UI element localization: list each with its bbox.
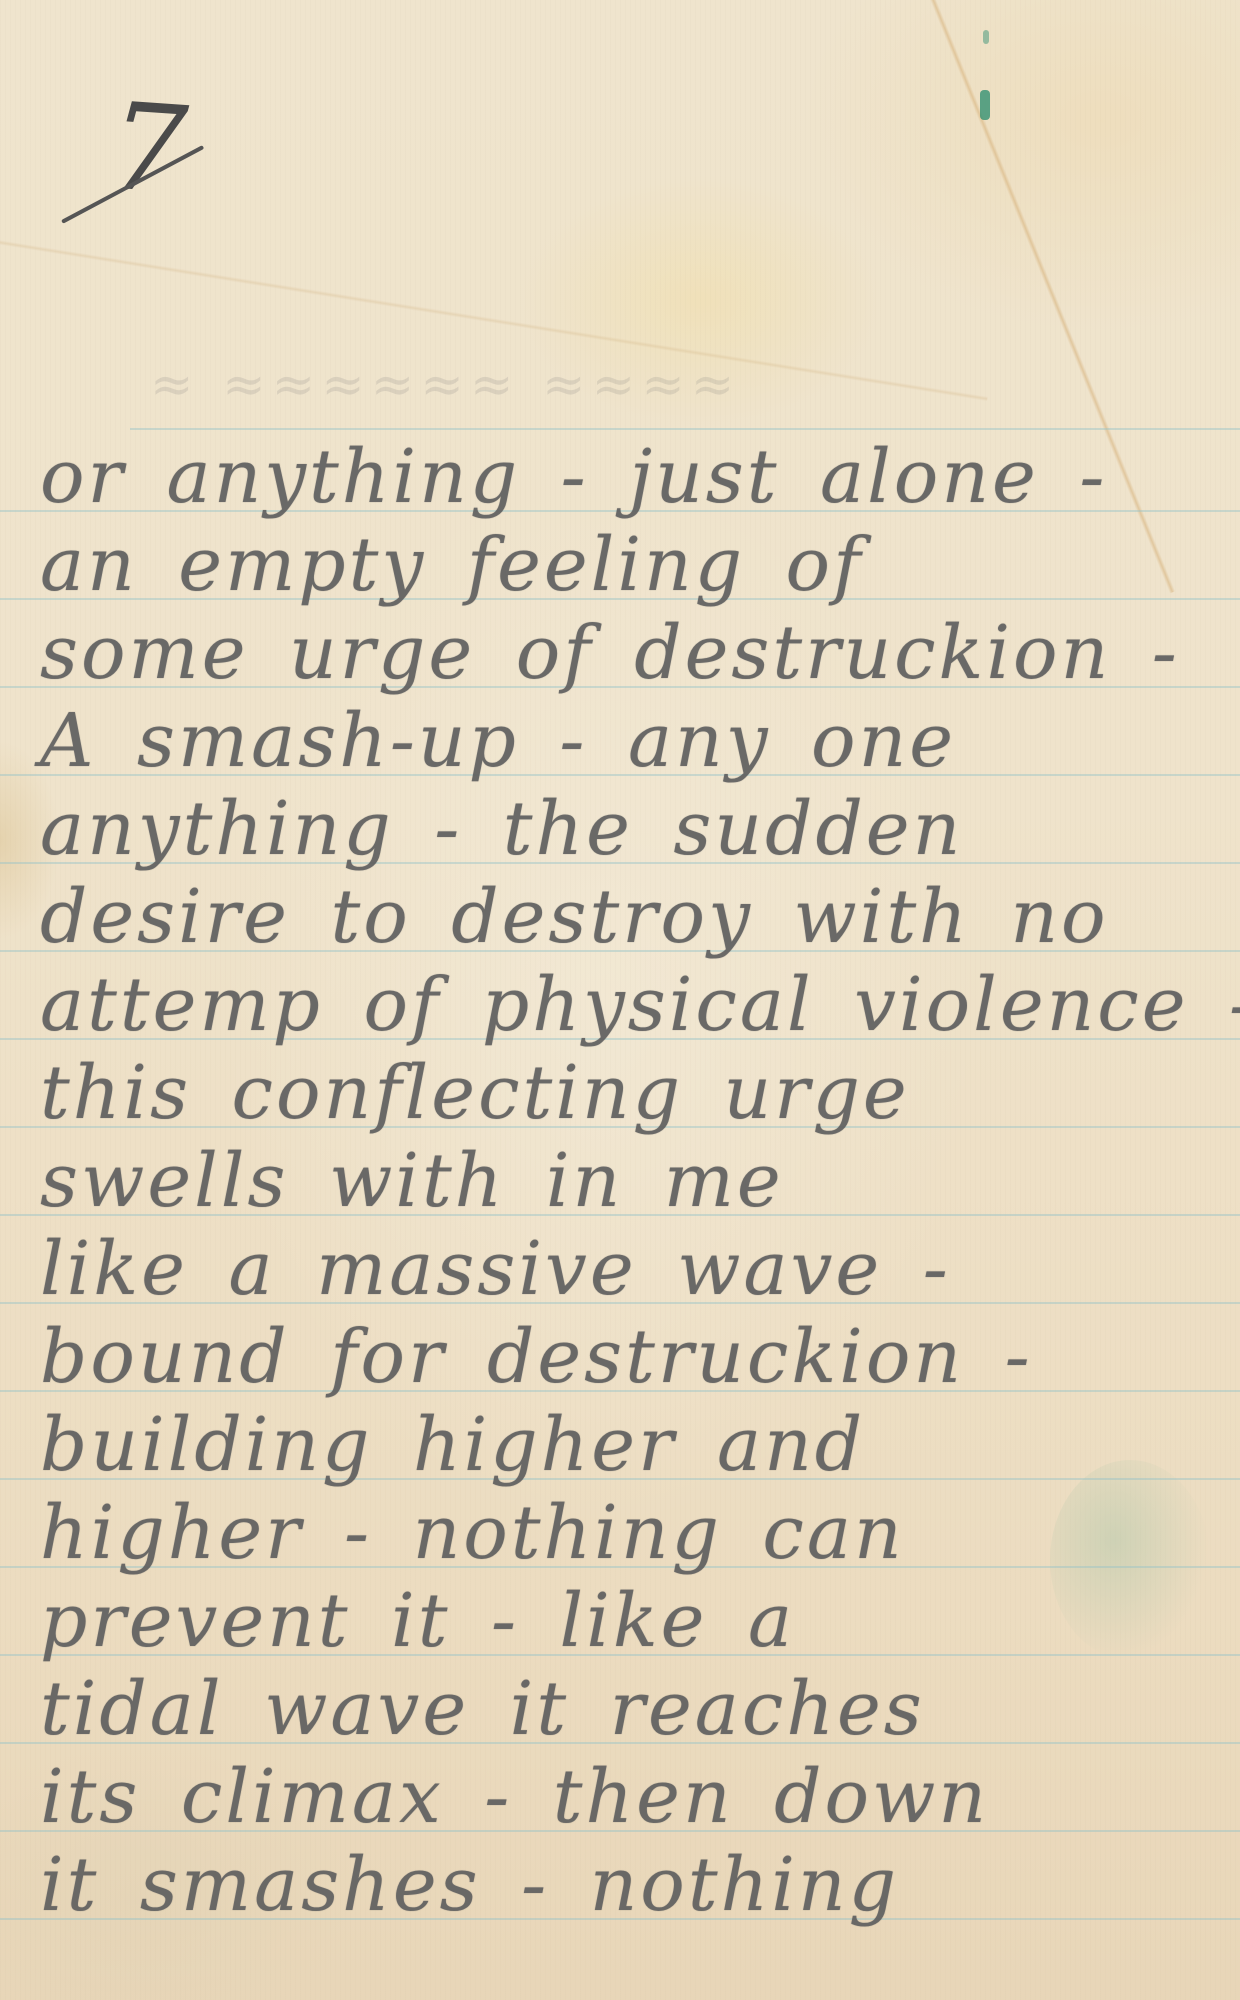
handwritten-text: or anything - just alone - an empty feel… <box>0 0 1240 2000</box>
text-line: its climax - then down <box>40 1760 989 1834</box>
text-line: it smashes - nothing <box>40 1848 899 1922</box>
text-line: swells with in me <box>40 1144 784 1218</box>
text-line: or anything - just alone - <box>40 440 1107 514</box>
text-line: like a massive wave - <box>40 1232 951 1306</box>
text-line: anything - the sudden <box>40 792 963 866</box>
text-line: desire to destroy with no <box>40 880 1109 954</box>
text-line: an empty feeling of <box>40 528 864 602</box>
text-line: building higher and <box>40 1408 865 1482</box>
text-line: tidal wave it reaches <box>40 1672 925 1746</box>
text-line: attemp of physical violence - <box>40 968 1240 1042</box>
text-line: prevent it - like a <box>40 1584 795 1658</box>
text-line: this conflecting urge <box>40 1056 910 1130</box>
text-line: bound for destruckion - <box>40 1320 1033 1394</box>
manuscript-page: ≈ ≈≈≈≈≈≈ ≈≈≈≈ 7 or anything - just alone… <box>0 0 1240 2000</box>
text-line: some urge of destruckion - <box>40 616 1180 690</box>
text-line: higher - nothing can <box>40 1496 905 1570</box>
text-line: A smash-up - any one <box>40 704 956 778</box>
